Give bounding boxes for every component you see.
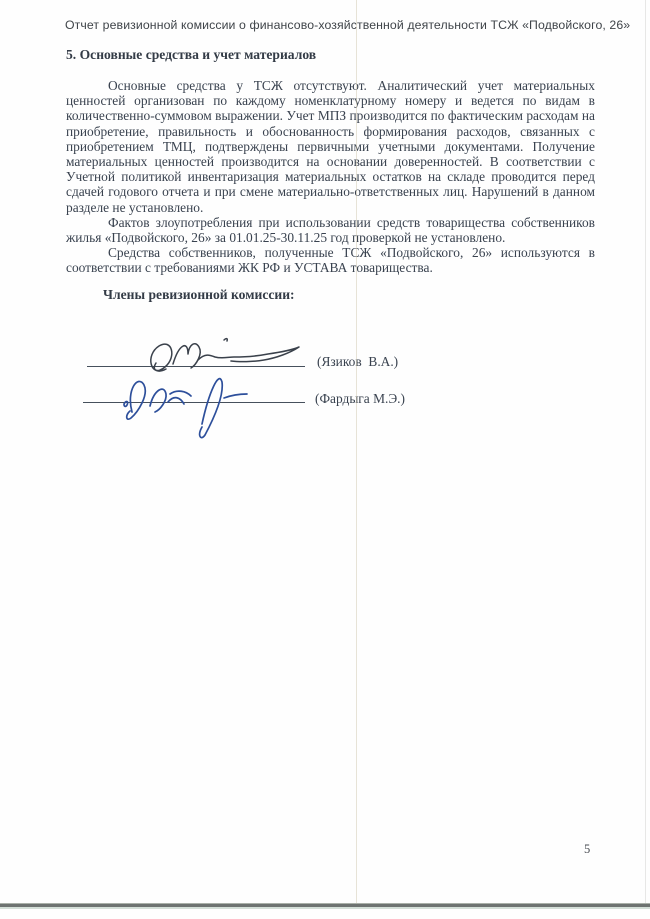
scan-right-edge xyxy=(645,0,646,904)
signature-name-yazikov: (Язиков В.А.) xyxy=(317,354,398,370)
signature-name-fardyga: (Фардыга М.Э.) xyxy=(315,391,405,407)
document-page: Отчет ревизионной комиссии о финансово-х… xyxy=(0,0,650,919)
paragraph-fixed-assets: Основные средства у ТСЖ отсутствуют. Ана… xyxy=(66,78,595,215)
paragraph-no-abuse: Фактов злоупотребления при использовании… xyxy=(66,215,595,245)
commission-members-heading: Члены ревизионной комиссии: xyxy=(103,287,295,303)
body-text: Основные средства у ТСЖ отсутствуют. Ана… xyxy=(66,78,595,276)
paper-fold-line xyxy=(356,0,357,904)
page-number: 5 xyxy=(584,842,590,857)
section-heading: 5. Основные средства и учет материалов xyxy=(66,47,316,63)
signature-ink-fardyga xyxy=(106,360,266,440)
running-header: Отчет ревизионной комиссии о финансово-х… xyxy=(65,18,585,32)
paragraph-funds-usage: Средства собственников, полученные ТСЖ «… xyxy=(66,245,595,275)
scan-bottom-edge xyxy=(0,903,650,909)
